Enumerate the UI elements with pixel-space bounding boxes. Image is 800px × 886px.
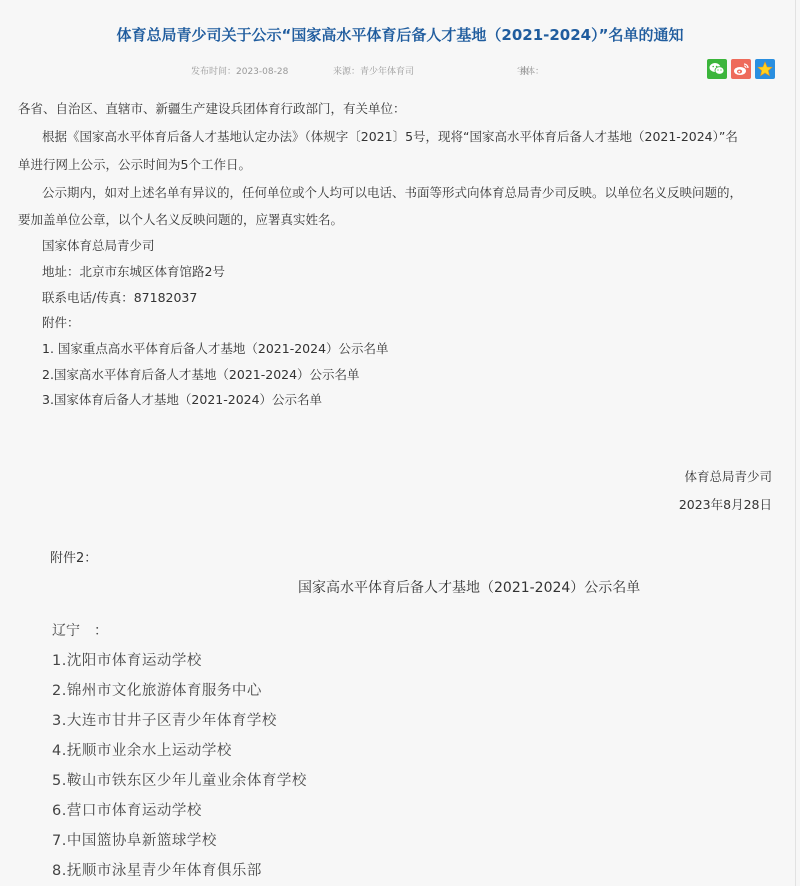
attachment-2-title: 国家高水平体育后备人才基地（2021-2024）公示名单: [298, 577, 640, 597]
share-weibo-button[interactable]: [731, 59, 751, 79]
paragraph-1-line-2: 单进行网上公示，公示时间为5个工作日。: [18, 155, 251, 173]
signature-org: 体育总局青少司: [684, 467, 772, 485]
weibo-icon: [733, 62, 749, 76]
page-border: [795, 0, 796, 886]
list-item: 4.抚顺市业余水上运动学校: [52, 739, 232, 760]
list-item: 6.营口市体育运动学校: [52, 799, 202, 820]
share-bar: [707, 59, 775, 79]
list-item: 2.锦州市文化旅游体育服务中心: [52, 679, 262, 700]
list-item: 3.大连市甘井子区青少年体育学校: [52, 709, 277, 730]
attachment-link-2[interactable]: 2.国家高水平体育后备人才基地（2021-2024）公示名单: [42, 365, 360, 383]
attachment-link-3[interactable]: 3.国家体育后备人才基地（2021-2024）公示名单: [42, 390, 322, 408]
attachments-label: 附件：: [42, 313, 80, 331]
list-item: 1.沈阳市体育运动学校: [52, 649, 202, 670]
phone-fax: 联系电话/传真：87182037: [42, 288, 197, 306]
article-meta: 发布时间：2023-08-28 来源：青少年体育司 字体：大中小: [0, 64, 800, 78]
signature-date: 2023年8月28日: [679, 495, 772, 513]
list-item: 5.鞍山市铁东区少年儿童业余体育学校: [52, 769, 307, 790]
source: 来源：青少年体育司: [333, 64, 414, 77]
paragraph-2-line-1: 公示期内，如对上述名单有异议的，任何单位或个人均可以电话、书面等形式向体育总局青…: [42, 183, 742, 201]
paragraph-2-line-2: 要加盖单位公章，以个人名义反映问题的，应署真实姓名。: [18, 210, 343, 228]
paragraph-1-line-1: 根据《国家高水平体育后备人才基地认定办法》（体规字〔2021〕5号，现将“国家高…: [42, 127, 738, 145]
address: 地址：北京市东城区体育馆路2号: [42, 262, 225, 280]
article-title: 体育总局青少司关于公示“国家高水平体育后备人才基地（2021-2024）”名单的…: [0, 24, 800, 45]
wechat-icon: [709, 62, 725, 76]
list-item: 7.中国篮协阜新篮球学校: [52, 829, 217, 850]
favorite-star-icon: [757, 61, 773, 77]
org-name: 国家体育总局青少司: [42, 236, 155, 254]
font-size-small[interactable]: 小: [520, 64, 529, 77]
attachment-2-heading: 附件2：: [50, 547, 97, 566]
province-label: 辽宁 ：: [52, 620, 108, 640]
share-wechat-button[interactable]: [707, 59, 727, 79]
publish-date: 发布时间：2023-08-28: [191, 64, 288, 77]
favorite-button[interactable]: [755, 59, 775, 79]
list-item: 8.抚顺市泳星青少年体育俱乐部: [52, 859, 262, 880]
attachment-link-1[interactable]: 1. 国家重点高水平体育后备人才基地（2021-2024）公示名单: [42, 339, 389, 357]
salutation: 各省、自治区、直辖市、新疆生产建设兵团体育行政部门，有关单位：: [18, 99, 406, 117]
